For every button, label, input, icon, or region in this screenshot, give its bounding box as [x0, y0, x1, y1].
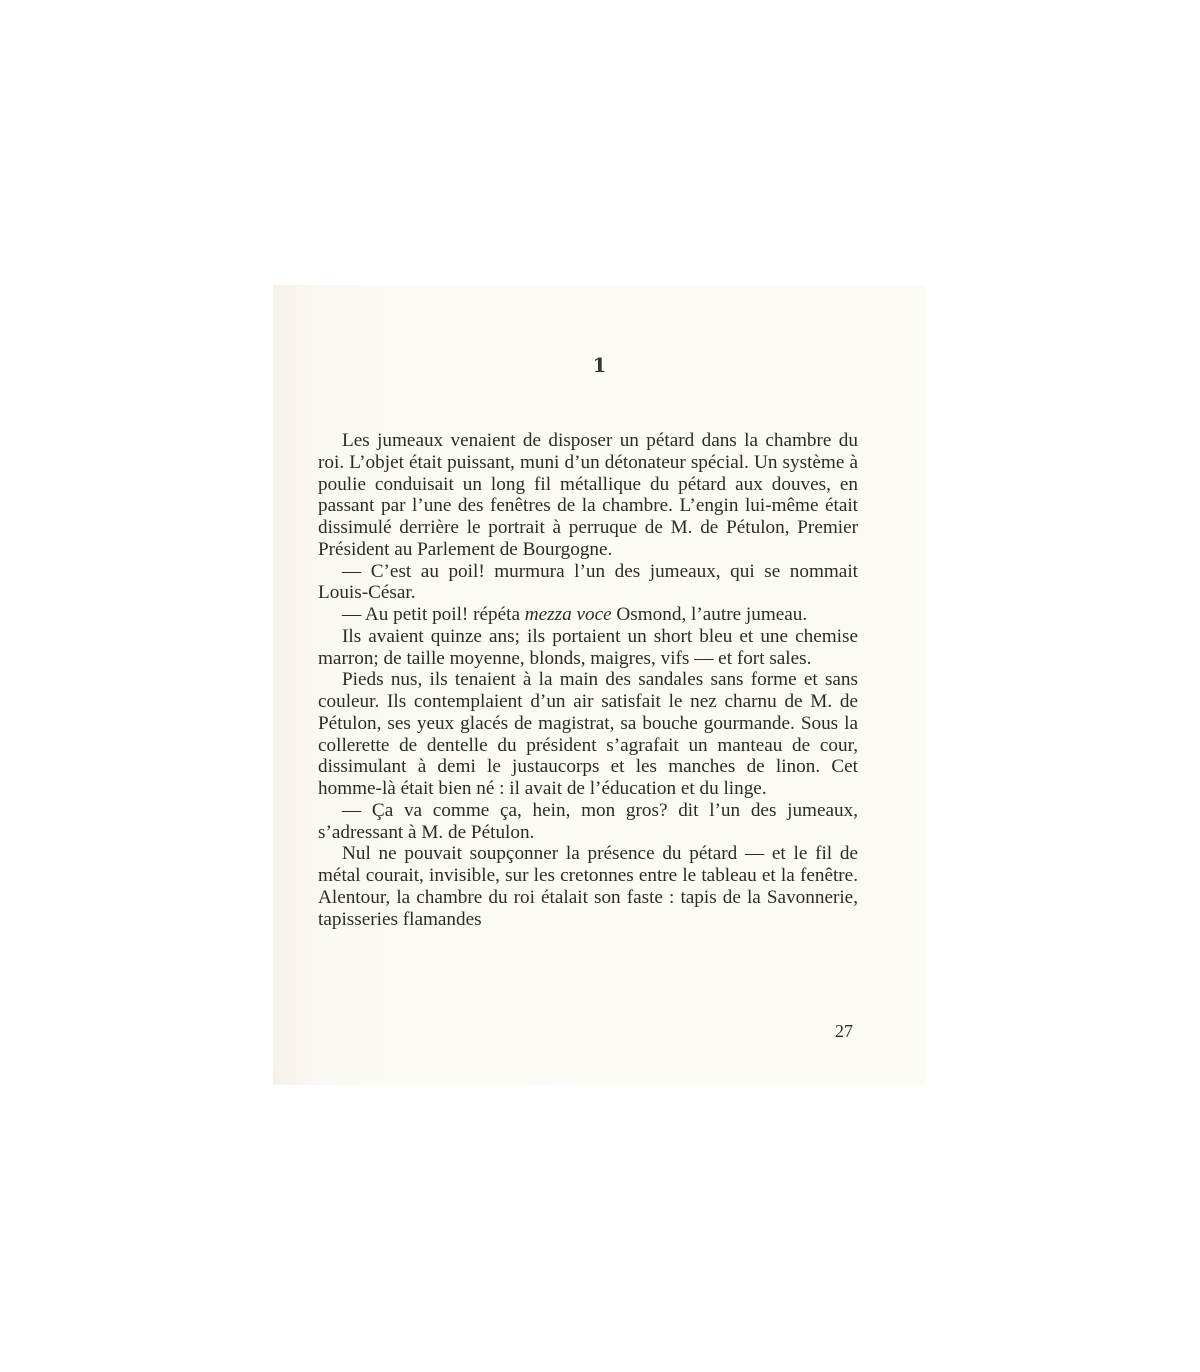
- paragraph-opening: Les jumeaux venaient de disposer un péta…: [318, 430, 858, 561]
- dialogue-text-after: Osmond, l’autre jumeau.: [612, 604, 808, 625]
- paragraph-description-twins: Ils avaient quinze ans; ils portaient un…: [318, 626, 858, 670]
- chapter-number: 1: [273, 353, 926, 377]
- paragraph-chambre-du-roi: Nul ne pouvait soupçonner la présence du…: [318, 843, 858, 930]
- dialogue-text-before: — Au petit poil! répéta: [342, 604, 525, 625]
- italic-phrase: mezza voce: [525, 604, 612, 625]
- paragraph-dialogue-osmond: — Au petit poil! répéta mezza voce Osmon…: [318, 604, 858, 626]
- body-text: Les jumeaux venaient de disposer un péta…: [318, 430, 858, 930]
- paragraph-dialogue-louis-cesar: — C’est au poil! murmura l’un des jumeau…: [318, 561, 858, 605]
- book-page: 1 Les jumeaux venaient de disposer un pé…: [273, 285, 926, 1085]
- paragraph-portrait: Pieds nus, ils tenaient à la main des sa…: [318, 669, 858, 800]
- paragraph-dialogue-mon-gros: — Ça va comme ça, hein, mon gros? dit l’…: [318, 800, 858, 844]
- page-number: 27: [835, 1021, 853, 1042]
